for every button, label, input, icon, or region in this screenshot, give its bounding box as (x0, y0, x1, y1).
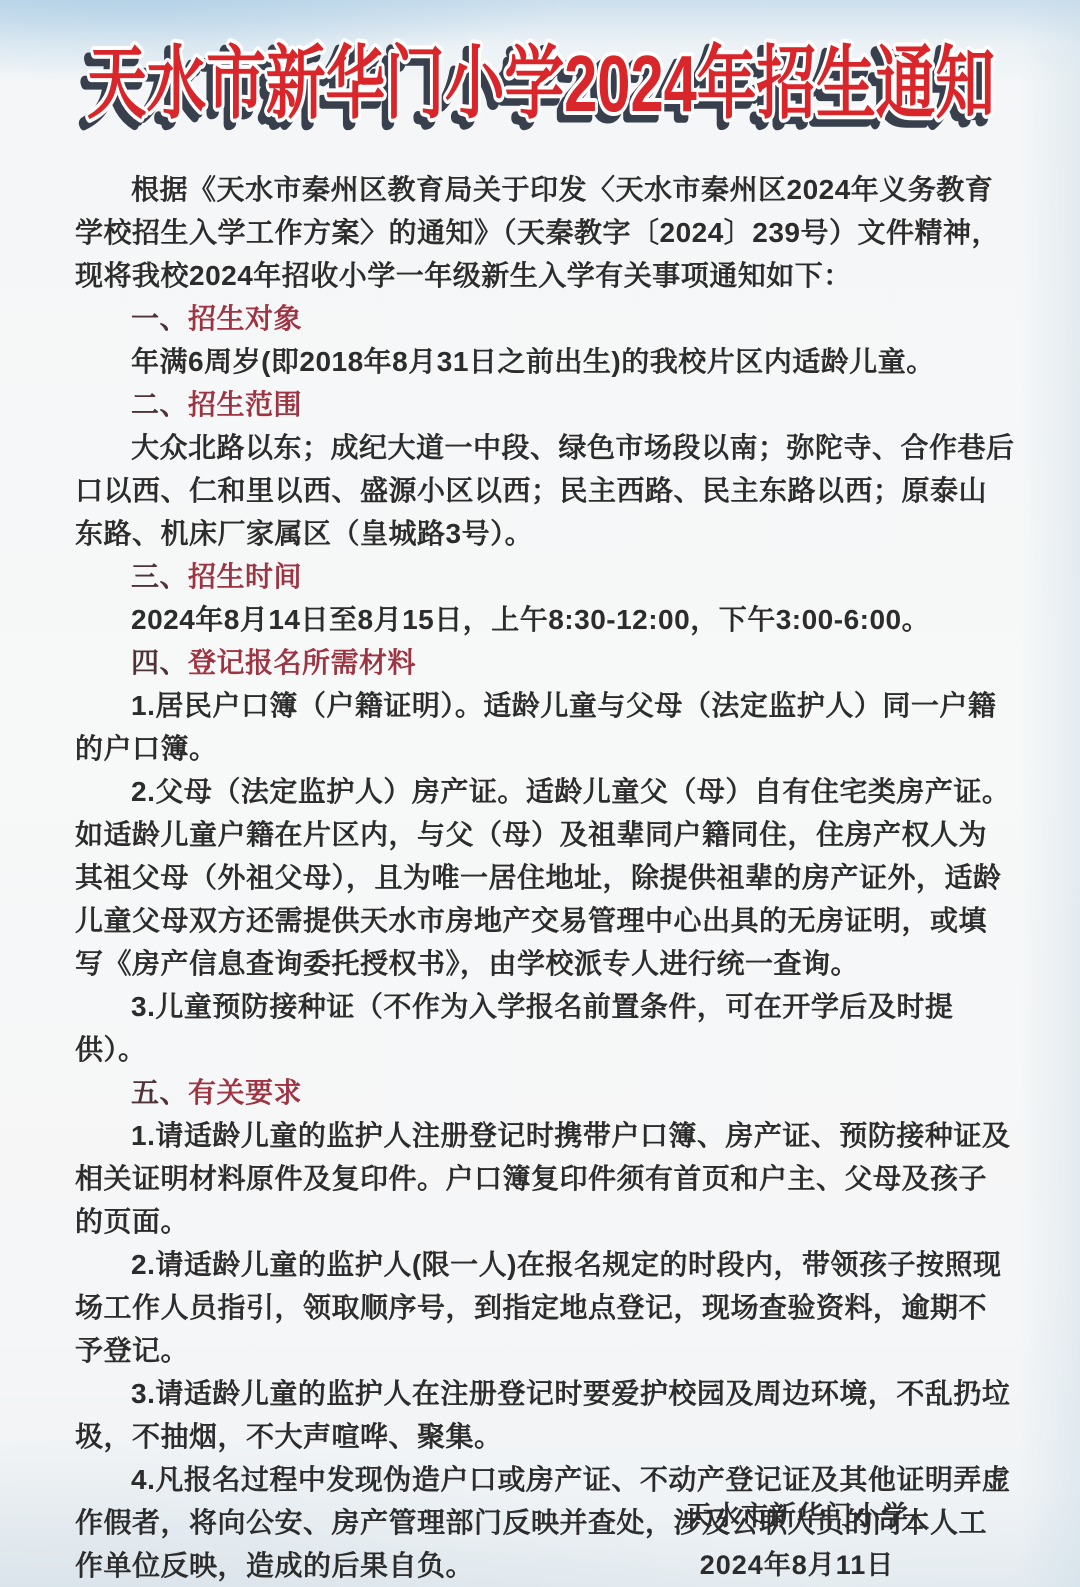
signature-org: 天水市新华门小学 (682, 1492, 912, 1541)
section-number: 五、 (131, 1077, 188, 1108)
paragraph: 2.父母（法定监护人）房产证。适龄儿童父（母）自有住宅类房产证。如适龄儿童户籍在… (75, 770, 1015, 985)
section-enrollment-time: 三、招生时间 2024年8月14日至8月15日，上午8:30-12:00，下午3… (75, 555, 1015, 641)
intro-paragraph: 根据《天水市秦州区教育局关于印发〈天水市秦州区2024年义务教育学校招生入学工作… (75, 168, 1015, 297)
page-title: 天水市新华门小学2024年招生通知 (87, 39, 995, 128)
section-number: 三、 (131, 561, 188, 592)
paragraph: 3.儿童预防接种证（不作为入学报名前置条件，可在开学后及时提供）。 (75, 985, 1015, 1071)
section-title: 招生对象 (188, 303, 302, 334)
section-title: 有关要求 (188, 1077, 302, 1108)
paragraph: 年满6周岁(即2018年8月31日之前出生)的我校片区内适龄儿童。 (75, 340, 1015, 383)
paragraph: 1.居民户口簿（户籍证明）。适龄儿童与父母（法定监护人）同一户籍的户口簿。 (75, 684, 1015, 770)
paragraph: 1.请适龄儿童的监护人注册登记时携带户口簿、房产证、预防接种证及相关证明材料原件… (75, 1114, 1015, 1243)
paragraph: 2024年8月14日至8月15日，上午8:30-12:00，下午3:00-6:0… (75, 598, 1015, 641)
signature-date: 2024年8月11日 (682, 1541, 912, 1587)
paragraph: 大众北路以东；成纪大道一中段、绿色市场段以南；弥陀寺、合作巷后口以西、仁和里以西… (75, 426, 1015, 555)
paragraph: 2.请适龄儿童的监护人(限一人)在报名规定的时段内，带领孩子按照现场工作人员指引… (75, 1243, 1015, 1372)
section-number: 二、 (131, 389, 188, 420)
section-enrollment-target: 一、招生对象 年满6周岁(即2018年8月31日之前出生)的我校片区内适龄儿童。 (75, 297, 1015, 383)
section-heading: 一、招生对象 (131, 297, 1015, 340)
section-number: 一、 (131, 303, 188, 334)
section-heading: 二、招生范围 (131, 383, 1015, 426)
section-required-materials: 四、登记报名所需材料 1.居民户口簿（户籍证明）。适龄儿童与父母（法定监护人）同… (75, 641, 1015, 1071)
paper-right-tint (1020, 0, 1080, 1587)
section-heading: 四、登记报名所需材料 (131, 641, 1015, 684)
notice-page: 天水市新华门小学2024年招生通知 天水市新华门小学2024年招生通知 根据《天… (0, 0, 1080, 1587)
signature-block: 天水市新华门小学 2024年8月11日 (682, 1492, 912, 1587)
section-heading: 三、招生时间 (131, 555, 1015, 598)
notice-body: 根据《天水市秦州区教育局关于印发〈天水市秦州区2024年义务教育学校招生入学工作… (75, 168, 1015, 1587)
section-enrollment-area: 二、招生范围 大众北路以东；成纪大道一中段、绿色市场段以南；弥陀寺、合作巷后口以… (75, 383, 1015, 555)
section-number: 四、 (131, 647, 188, 678)
section-title: 招生范围 (188, 389, 302, 420)
title-banner: 天水市新华门小学2024年招生通知 天水市新华门小学2024年招生通知 (0, 10, 1080, 155)
section-heading: 五、有关要求 (131, 1071, 1015, 1114)
section-title: 招生时间 (188, 561, 302, 592)
paragraph: 3.请适龄儿童的监护人在注册登记时要爱护校园及周边环境，不乱扔垃圾，不抽烟，不大… (75, 1372, 1015, 1458)
section-title: 登记报名所需材料 (188, 647, 416, 678)
